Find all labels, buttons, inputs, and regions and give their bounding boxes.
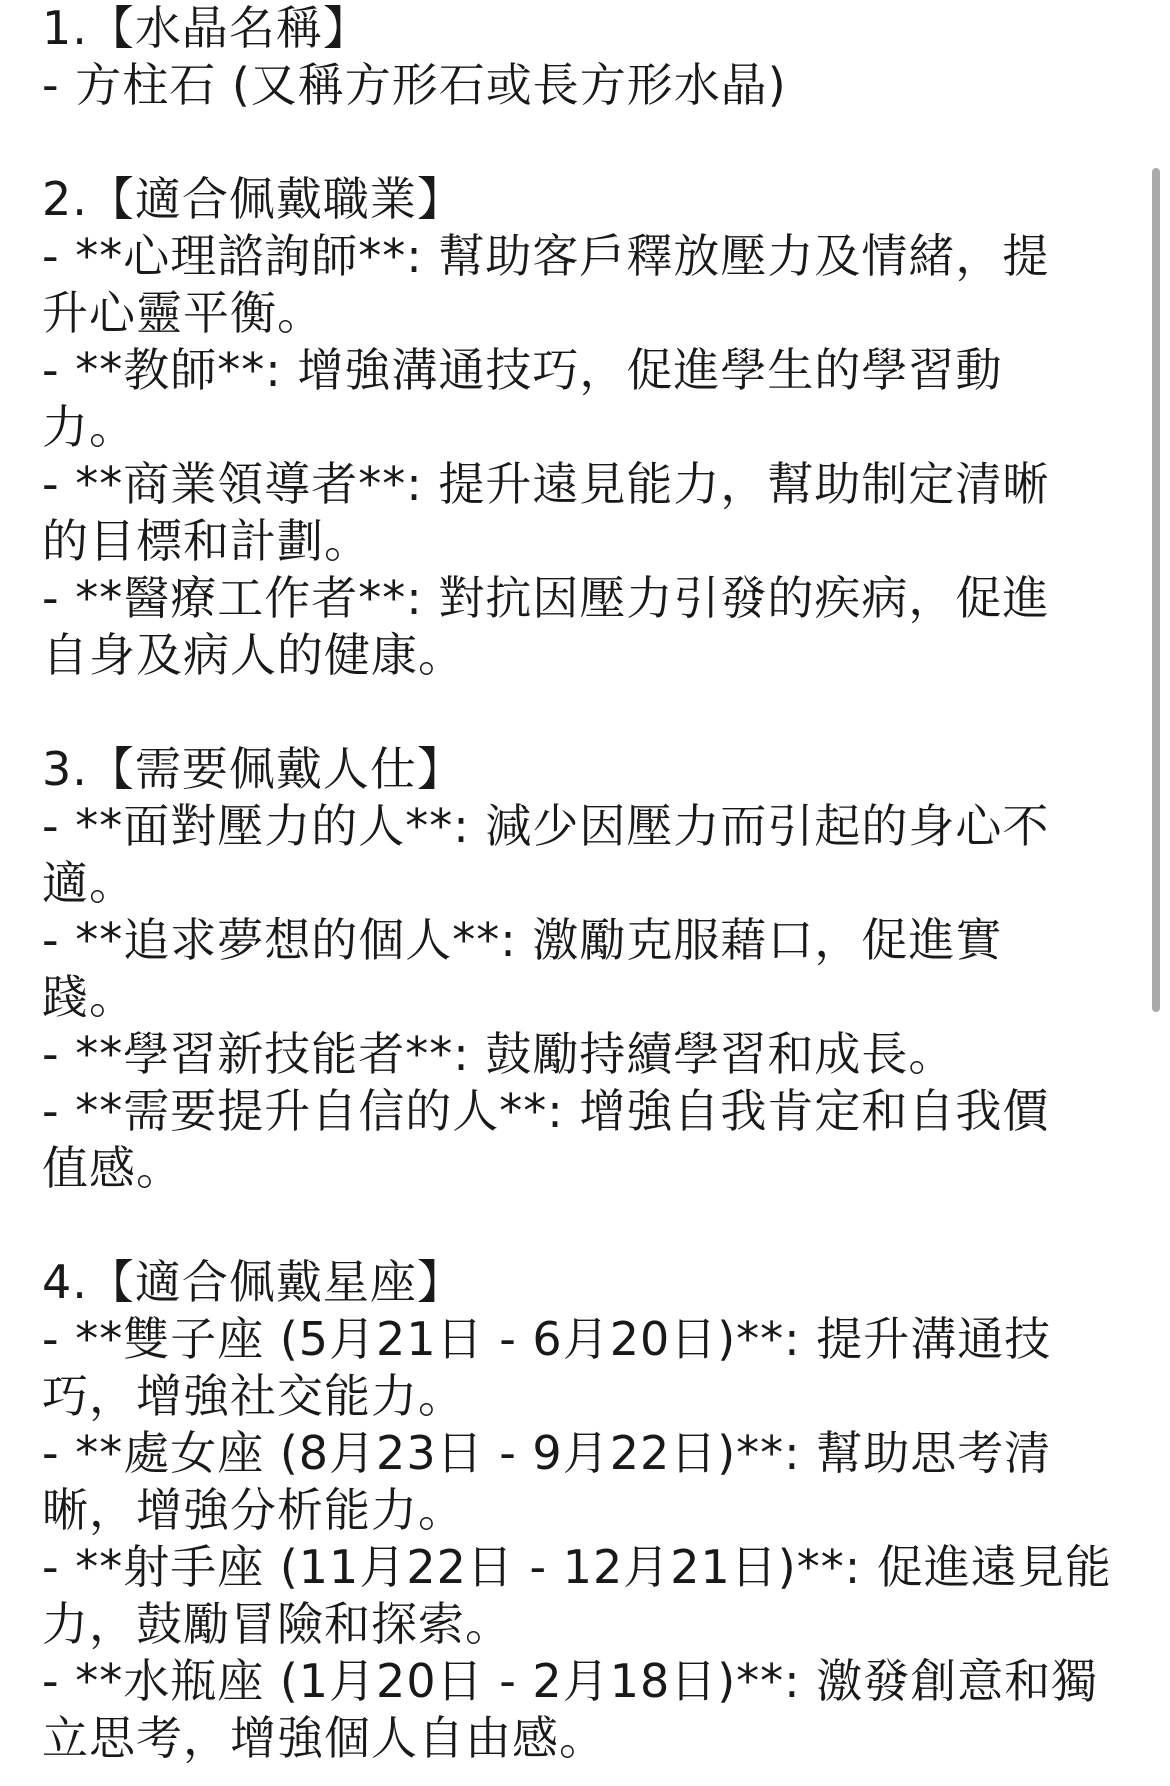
section-heading-line: 3.【需要佩戴人仕】 bbox=[42, 741, 1144, 798]
section-1: 1.【水晶名稱】- 方柱石 (又稱方形石或長方形水晶) bbox=[42, 0, 1144, 114]
text-line: 力。 bbox=[42, 399, 1144, 456]
text-line: - **水瓶座 (1月20日 - 2月18日)**: 激發創意和獨 bbox=[42, 1653, 1144, 1710]
text-line: - 方柱石 (又稱方形石或長方形水晶) bbox=[42, 57, 1144, 114]
section-heading-line: 2.【適合佩戴職業】 bbox=[42, 171, 1144, 228]
text-line: - **面對壓力的人**: 減少因壓力而引起的身心不 bbox=[42, 798, 1144, 855]
text-line: 值感。 bbox=[42, 1140, 1144, 1197]
text-line: 晰，增強分析能力。 bbox=[42, 1482, 1144, 1539]
text-line: - **雙子座 (5月21日 - 6月20日)**: 提升溝通技 bbox=[42, 1311, 1144, 1368]
text-line: 的目標和計劃。 bbox=[42, 513, 1144, 570]
text-line: 立思考，增強個人自由感。 bbox=[42, 1710, 1144, 1767]
text-line: - **需要提升自信的人**: 增強自我肯定和自我價 bbox=[42, 1083, 1144, 1140]
text-line: 巧，增強社交能力。 bbox=[42, 1368, 1144, 1425]
text-line: - **處女座 (8月23日 - 9月22日)**: 幫助思考清 bbox=[42, 1425, 1144, 1482]
text-line: - **射手座 (11月22日 - 12月21日)**: 促進遠見能 bbox=[42, 1539, 1144, 1596]
section-2: 2.【適合佩戴職業】- **心理諮詢師**: 幫助客戶釋放壓力及情緒，提升心靈平… bbox=[42, 171, 1144, 684]
text-line: 自身及病人的健康。 bbox=[42, 627, 1144, 684]
text-line: 力，鼓勵冒險和探索。 bbox=[42, 1596, 1144, 1653]
text-line: 升心靈平衡。 bbox=[42, 285, 1144, 342]
text-line: - **心理諮詢師**: 幫助客戶釋放壓力及情緒，提 bbox=[42, 228, 1144, 285]
section-3: 3.【需要佩戴人仕】- **面對壓力的人**: 減少因壓力而引起的身心不適。- … bbox=[42, 741, 1144, 1197]
text-line: 適。 bbox=[42, 855, 1144, 912]
text-line: - **醫療工作者**: 對抗因壓力引發的疾病，促進 bbox=[42, 570, 1144, 627]
section-heading-line: 4.【適合佩戴星座】 bbox=[42, 1254, 1144, 1311]
section-4: 4.【適合佩戴星座】- **雙子座 (5月21日 - 6月20日)**: 提升溝… bbox=[42, 1254, 1144, 1767]
text-line: - **商業領導者**: 提升遠見能力，幫助制定清晰 bbox=[42, 456, 1144, 513]
text-line: - **追求夢想的個人**: 激勵克服藉口，促進實 bbox=[42, 912, 1144, 969]
text-line: - **教師**: 增強溝通技巧，促進學生的學習動 bbox=[42, 342, 1144, 399]
section-heading-line: 1.【水晶名稱】 bbox=[42, 0, 1144, 57]
document-text: 1.【水晶名稱】- 方柱石 (又稱方形石或長方形水晶)2.【適合佩戴職業】- *… bbox=[0, 0, 1170, 1767]
text-line: - **學習新技能者**: 鼓勵持續學習和成長。 bbox=[42, 1026, 1144, 1083]
scrollbar-thumb[interactable] bbox=[1152, 168, 1160, 1012]
text-line: 踐。 bbox=[42, 969, 1144, 1026]
